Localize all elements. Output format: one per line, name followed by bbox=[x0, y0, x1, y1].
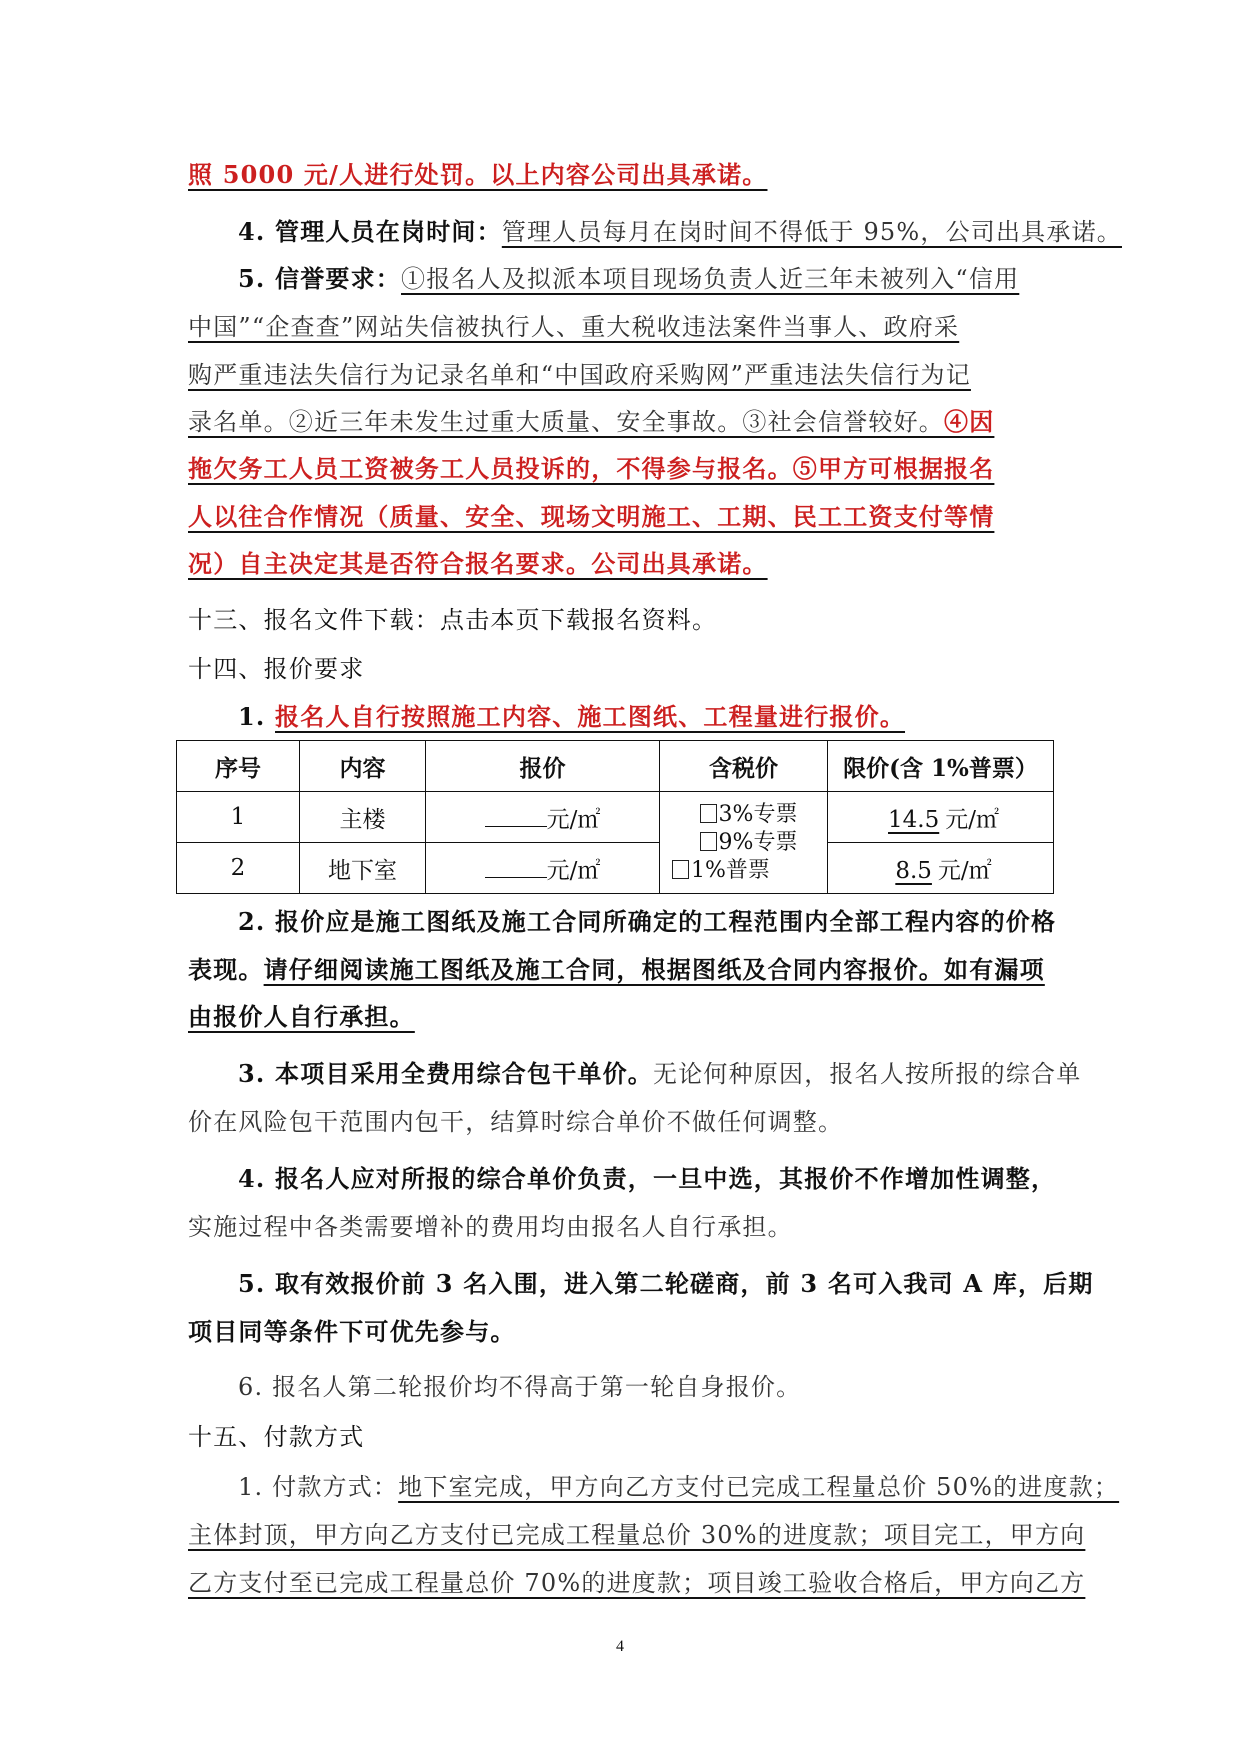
header-content: 内容 bbox=[300, 741, 426, 792]
page-number: 4 bbox=[0, 1638, 1240, 1656]
item-5-credit: 5. 信誉要求：①报名人及拟派本项目现场负责人近三年未被列入“信用 bbox=[238, 262, 1058, 296]
price-table-header: 序号 内容 报价 含税价 限价(含 1%普票） bbox=[177, 741, 1054, 792]
tax-option-9[interactable]: 9%专票 bbox=[660, 829, 827, 857]
checkbox-icon[interactable] bbox=[700, 804, 717, 823]
penalty-continuation: 照 5000 元/人进行处罚。以上内容公司出具承诺。 bbox=[188, 158, 1058, 192]
section-13-heading: 十三、报名文件下载：点击本页下载报名资料。 bbox=[188, 603, 1058, 637]
section-14-item-5: 5. 取有效报价前 3 名入围，进入第二轮磋商，前 3 名可入我司 A 库，后期 bbox=[238, 1267, 1058, 1301]
checkbox-icon[interactable] bbox=[700, 832, 717, 851]
header-no: 序号 bbox=[177, 741, 300, 792]
section-14-item-2-line-2: 表现。请仔细阅读施工图纸及施工合同，根据图纸及合同内容报价。如有漏项 bbox=[188, 953, 1058, 987]
section-14-item-6: 6. 报名人第二轮报价均不得高于第一轮自身报价。 bbox=[238, 1370, 1058, 1404]
quote-blank[interactable] bbox=[485, 857, 547, 878]
payment-item-1: 1. 付款方式：地下室完成，甲方向乙方支付已完成工程量总价 50%的进度款； bbox=[238, 1470, 1058, 1504]
section-14-item-3-line-2: 价在风险包干范围内包干，结算时综合单价不做任何调整。 bbox=[188, 1105, 1058, 1139]
item-5-line-3: 购严重违法失信行为记录名单和“中国政府采购网”严重违法失信行为记 bbox=[188, 358, 1058, 392]
quote-field[interactable]: 元/㎡ bbox=[426, 843, 660, 894]
table-row: 2 地下室 元/㎡ 8.5元/㎡ bbox=[177, 843, 1054, 894]
section-14-item-4: 4. 报名人应对所报的综合单价负责，一旦中选，其报价不作增加性调整， bbox=[238, 1162, 1058, 1196]
section-14-item-2-line-3: 由报价人自行承担。 bbox=[188, 1000, 1058, 1034]
section-14-item-5-line-2: 项目同等条件下可优先参与。 bbox=[188, 1315, 1058, 1349]
price-table: 序号 内容 报价 含税价 限价(含 1%普票） 1 主楼 元/㎡ 3%专票 9%… bbox=[176, 740, 1054, 894]
limit-price: 8.5元/㎡ bbox=[828, 843, 1054, 894]
limit-price: 14.5元/㎡ bbox=[828, 792, 1054, 843]
header-tax-price: 含税价 bbox=[660, 741, 828, 792]
row-no: 2 bbox=[177, 843, 300, 894]
row-content: 主楼 bbox=[300, 792, 426, 843]
table-row: 1 主楼 元/㎡ 3%专票 9%专票 1%普票 14.5元/㎡ bbox=[177, 792, 1054, 843]
item-4-onsite-time: 4. 管理人员在岗时间：管理人员每月在岗时间不得低于 95%，公司出具承诺。 bbox=[238, 215, 1058, 249]
header-quote: 报价 bbox=[426, 741, 660, 792]
row-content: 地下室 bbox=[300, 843, 426, 894]
tax-option-1[interactable]: 1%普票 bbox=[660, 857, 827, 885]
section-15-heading: 十五、付款方式 bbox=[188, 1420, 1058, 1454]
item-5-line-5: 拖欠务工人员工资被务工人员投诉的，不得参与报名。⑤甲方可根据报名 bbox=[188, 452, 1058, 486]
quote-field[interactable]: 元/㎡ bbox=[426, 792, 660, 843]
payment-item-1-line-2: 主体封顶，甲方向乙方支付已完成工程量总价 30%的进度款；项目完工，甲方向 bbox=[188, 1518, 1058, 1552]
item-5-line-7: 况）自主决定其是否符合报名要求。公司出具承诺。 bbox=[188, 547, 1058, 581]
section-14-heading: 十四、报价要求 bbox=[188, 652, 1058, 686]
item-4-label: 4. 管理人员在岗时间： bbox=[238, 217, 502, 246]
checkbox-icon[interactable] bbox=[672, 860, 689, 879]
quote-blank[interactable] bbox=[485, 806, 547, 827]
document-page: 照 5000 元/人进行处罚。以上内容公司出具承诺。 4. 管理人员在岗时间：管… bbox=[0, 0, 1240, 1753]
row-no: 1 bbox=[177, 792, 300, 843]
section-14-item-2: 2. 报价应是施工图纸及施工合同所确定的工程范围内全部工程内容的价格 bbox=[238, 905, 1058, 939]
payment-item-1-line-3: 乙方支付至已完成工程量总价 70%的进度款；项目竣工验收合格后，甲方向乙方 bbox=[188, 1566, 1058, 1600]
item-5-label: 5. 信誉要求： bbox=[238, 264, 401, 293]
item-5-line-6: 人以往合作情况（质量、安全、现场文明施工、工期、民工工资支付等情 bbox=[188, 500, 1058, 534]
header-limit-price: 限价(含 1%普票） bbox=[828, 741, 1054, 792]
section-14-item-1: 1. 报名人自行按照施工内容、施工图纸、工程量进行报价。 bbox=[238, 700, 1058, 734]
section-14-item-4-line-2: 实施过程中各类需要增补的费用均由报名人自行承担。 bbox=[188, 1210, 1058, 1244]
section-14-item-3: 3. 本项目采用全费用综合包干单价。无论何种原因，报名人按所报的综合单 bbox=[238, 1057, 1058, 1091]
tax-options-cell: 3%专票 9%专票 1%普票 bbox=[660, 792, 828, 894]
item-5-line-4: 录名单。②近三年未发生过重大质量、安全事故。③社会信誉较好。④因 bbox=[188, 405, 1058, 439]
tax-option-3[interactable]: 3%专票 bbox=[660, 801, 827, 829]
item-5-line-2: 中国”“企查查”网站失信被执行人、重大税收违法案件当事人、政府采 bbox=[188, 310, 1058, 344]
item-4-body: 管理人员每月在岗时间不得低于 95%，公司出具承诺。 bbox=[502, 218, 1122, 246]
